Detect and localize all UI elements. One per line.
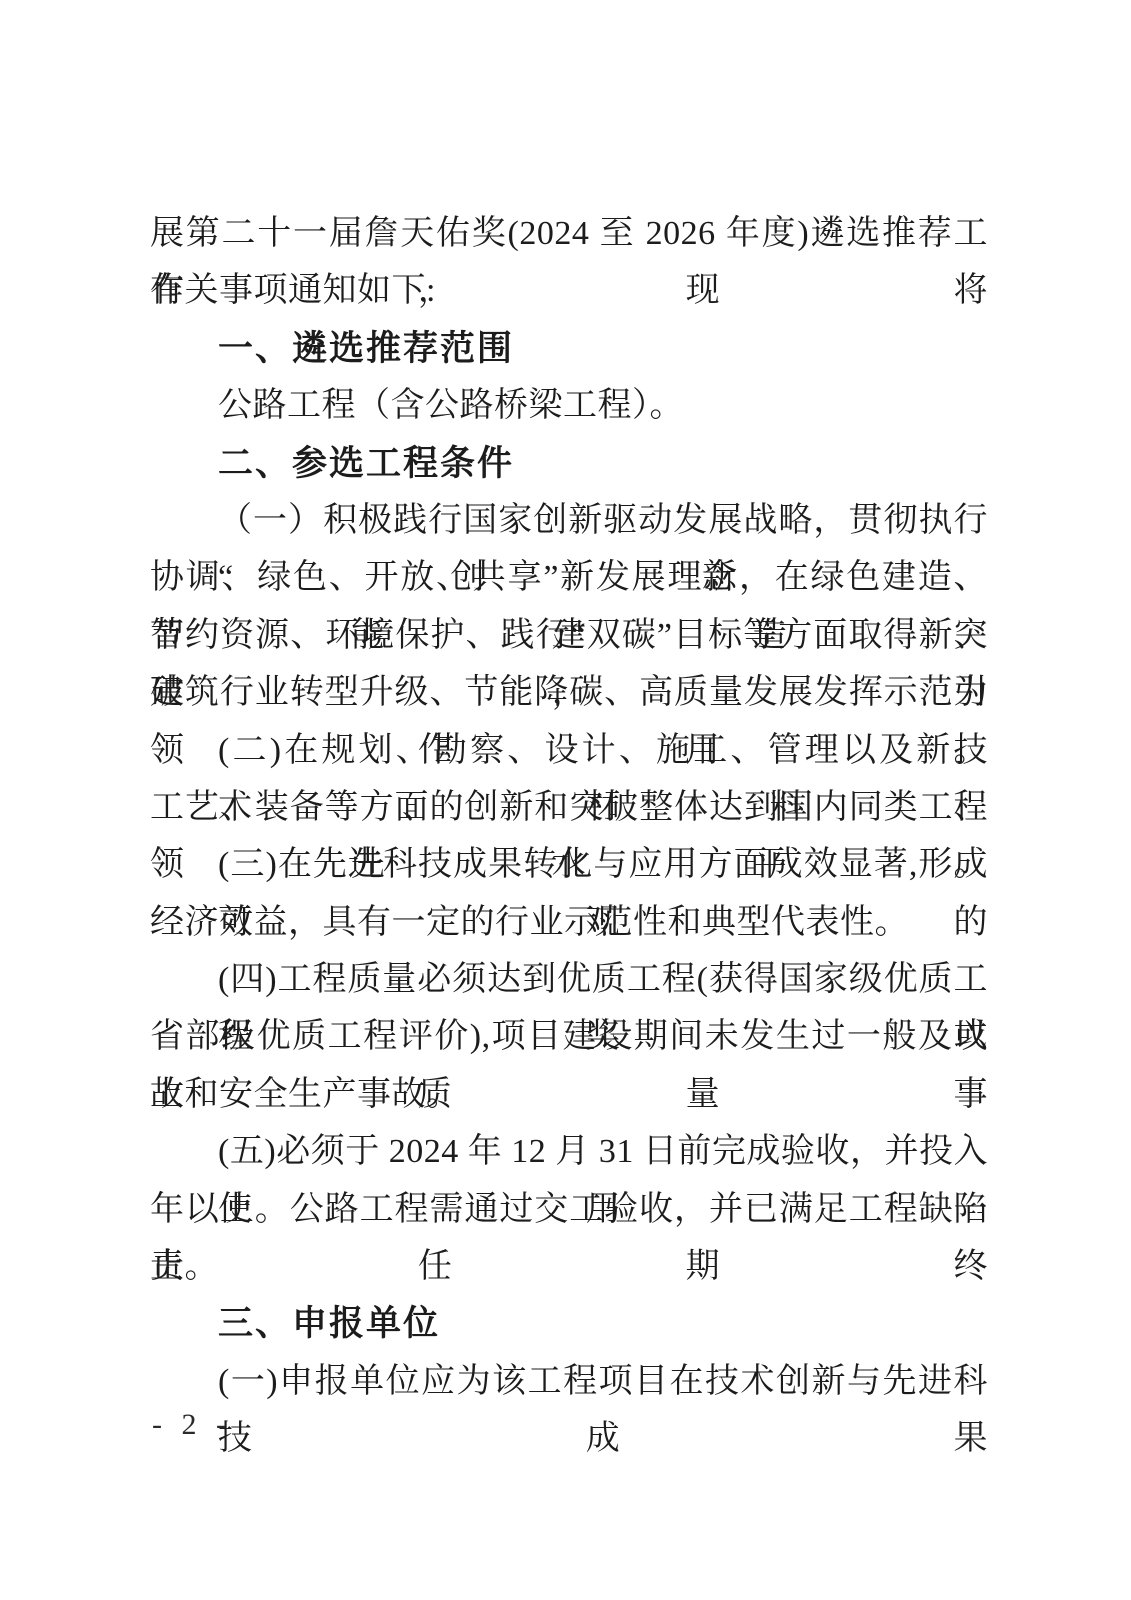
- body-line: 公路工程（含公路桥梁工程）。: [150, 377, 988, 434]
- body-line: 工艺、装备等方面的创新和突破整体达到国内同类工程领先水平。: [150, 779, 988, 836]
- page-number: - 2 -: [152, 1408, 232, 1442]
- body-line: 节约资源、环境保护、践行“双碳”目标等方面取得新突破，为: [150, 607, 988, 664]
- body-line: 展第二十一届詹天佑奖(2024 至 2026 年度)遴选推荐工作，现将: [150, 205, 988, 262]
- body-line: 省部级优质工程评价),项目建设期间未发生过一般及以上质量事: [150, 1008, 988, 1065]
- body-line: （一）积极践行国家创新驱动发展战略，贯彻执行“创新、: [150, 492, 988, 549]
- body-line: 协调、绿色、开放、共享”新发展理念，在绿色建造、智能建造、: [150, 549, 988, 606]
- section-heading: 二、参选工程条件: [150, 435, 988, 492]
- section-heading: 三、申报单位: [150, 1295, 988, 1352]
- body-line: (一)申报单位应为该工程项目在技术创新与先进科技成果: [150, 1353, 988, 1410]
- body-line: (四)工程质量必须达到优质工程(获得国家级优质工程奖或: [150, 951, 988, 1008]
- body-line: (二)在规划、勘察、设计、施工、管理以及新技术、材料、: [150, 722, 988, 779]
- body-line: 年以上。公路工程需通过交工验收，并已满足工程缺陷责任期终: [150, 1181, 988, 1238]
- section-heading: 一、遴选推荐范围: [150, 320, 988, 377]
- body-line: 经济效益，具有一定的行业示范性和典型代表性。: [150, 894, 988, 951]
- body-line: 建筑行业转型升级、节能降碳、高质量发展发挥示范引领作用。: [150, 664, 988, 721]
- body-line: (五)必须于 2024 年 12 月 31 日前完成验收，并投入使用一: [150, 1123, 988, 1180]
- document-page: 展第二十一届詹天佑奖(2024 至 2026 年度)遴选推荐工作，现将 有关事项…: [0, 0, 1131, 1600]
- document-body: 展第二十一届詹天佑奖(2024 至 2026 年度)遴选推荐工作，现将 有关事项…: [150, 205, 988, 1410]
- body-line: (三)在先进科技成果转化与应用方面成效显著,形成可观的: [150, 836, 988, 893]
